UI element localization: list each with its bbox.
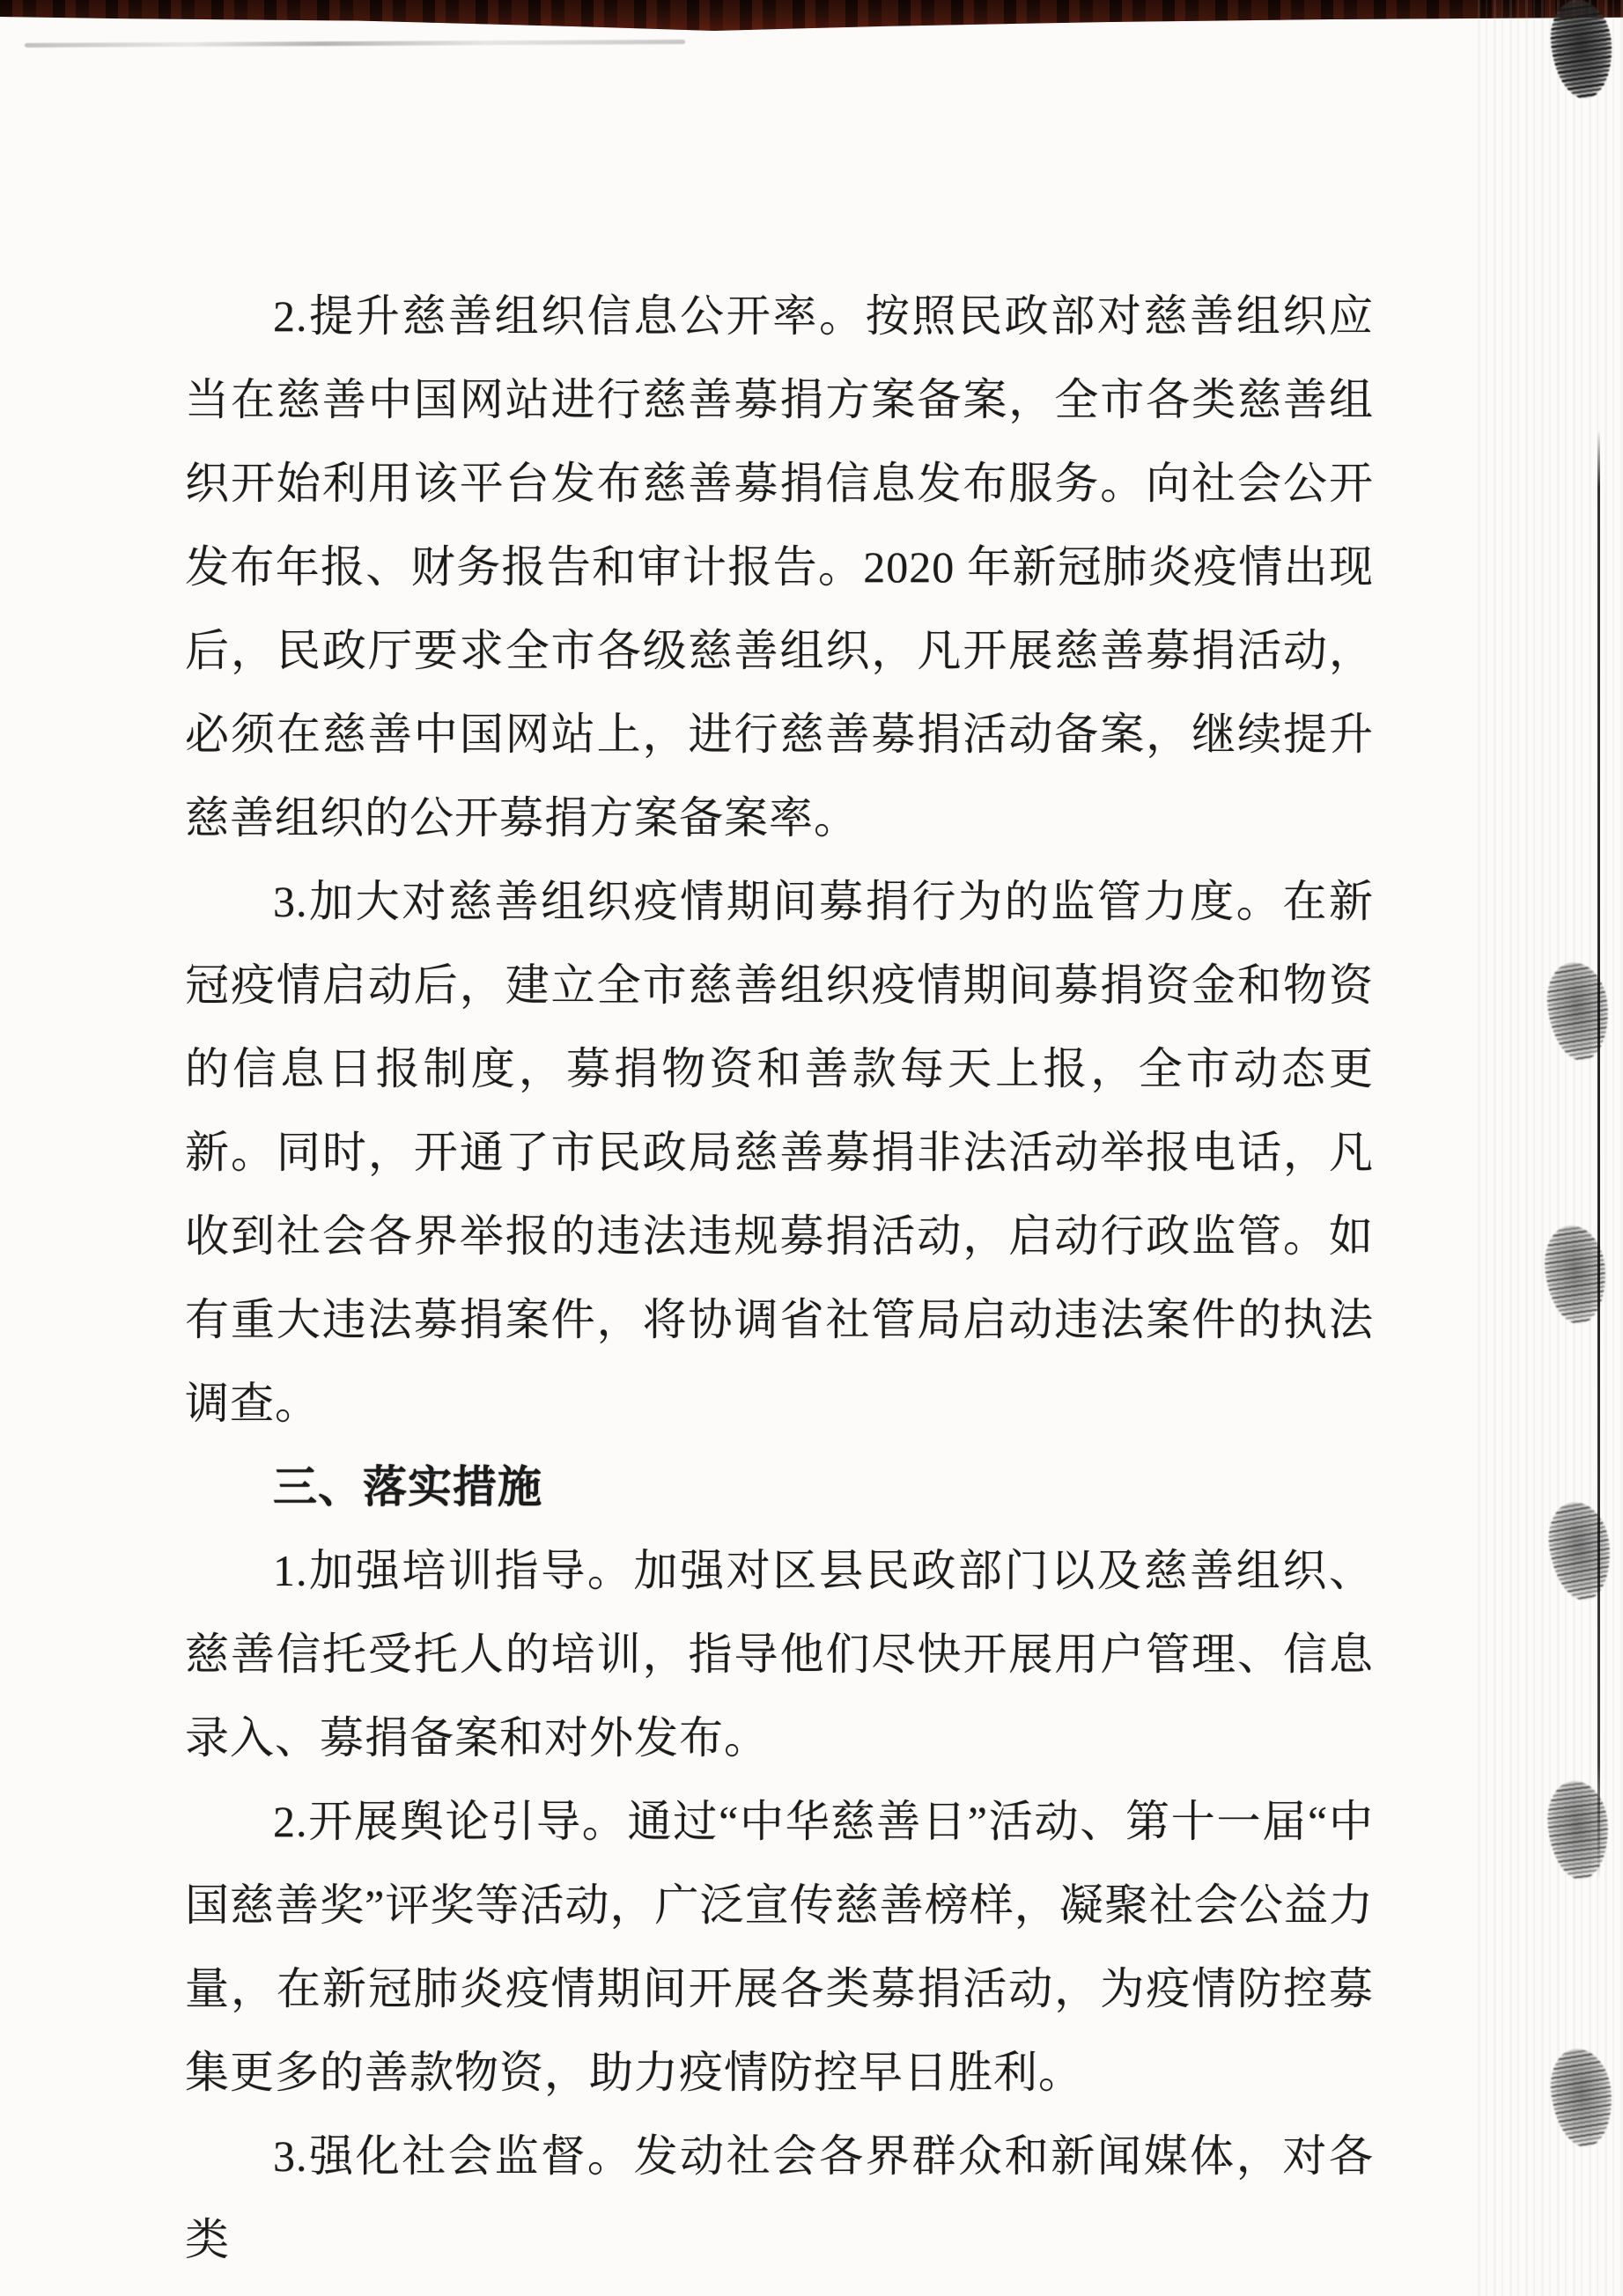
paragraph-public-opinion: 2.开展舆论引导。通过“中华慈善日”活动、第十一届“中国慈善奖”评奖等活动，广泛… <box>185 1780 1374 2115</box>
paragraph-info-disclosure: 2.提升慈善组织信息公开率。按照民政部对慈善组织应当在慈善中国网站进行慈善募捐方… <box>185 275 1374 860</box>
paragraph-training: 1.加强培训指导。加强对区县民政部门以及慈善组织、慈善信托受托人的培训，指导他们… <box>185 1529 1374 1780</box>
document-text: 2.提升慈善组织信息公开率。按照民政部对慈善组织应当在慈善中国网站进行慈善募捐方… <box>0 0 1623 2282</box>
scanned-document-page: 2.提升慈善组织信息公开率。按照民政部对慈善组织应当在慈善中国网站进行慈善募捐方… <box>0 0 1623 2296</box>
section-heading-measures: 三、落实措施 <box>185 1446 1374 1529</box>
paragraph-social-oversight: 3.强化社会监督。发动社会各界群众和新闻媒体，对各类 <box>185 2115 1374 2282</box>
paragraph-supervision: 3.加大对慈善组织疫情期间募捐行为的监管力度。在新冠疫情启动后，建立全市慈善组织… <box>185 860 1374 1446</box>
